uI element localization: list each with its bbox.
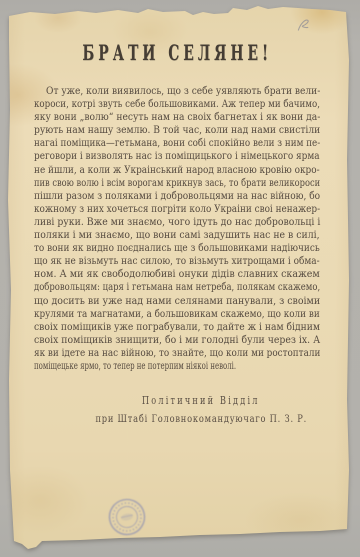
body-line: От уже, коли виявилось, що з себе уявляю… — [34, 85, 320, 98]
body-line: поляки і ми знаємо, що вони самі задушит… — [34, 229, 320, 242]
pencil-mark — [295, 15, 316, 37]
body-line: реговори і визволять нас із поміщицького… — [34, 150, 320, 163]
body-line: добровольцям: царя і гетьмана нам нетреб… — [34, 281, 320, 294]
body-line: що досить ви уже над нами селянами панув… — [34, 295, 320, 308]
scanner-background: БРАТИ СЕЛЯНЕ! От уже, коли виявилось, що… — [0, 0, 360, 557]
body-line: своіх поміщиків уже пограбували, то дайт… — [34, 321, 320, 334]
body-text: От уже, коли виявилось, що з себе уявляю… — [34, 85, 320, 373]
body-line: пішли разом з поляками і добровольцями н… — [34, 190, 320, 203]
body-line: рують нам нашу землю. В той час, коли на… — [34, 124, 320, 137]
body-line: поміщецьке ярмо, то тепер не потерпим ні… — [34, 360, 320, 373]
body-line: яку вони „волю“ несуть нам на своіх багн… — [34, 111, 320, 124]
signature-block: Політичний Відділ при Штабі Головнокоман… — [60, 394, 342, 425]
body-line: що як не візьмуть нас силою, то візьмуть… — [34, 255, 320, 268]
leaflet-title: БРАТИ СЕЛЯНЕ! — [34, 40, 320, 65]
body-line: ливі руки. Вже ми знаємо, чого ідуть до … — [34, 216, 320, 229]
body-line: кожному з них хочеться погріти коло Укра… — [34, 203, 320, 216]
signature-line-2: при Штабі Головнокомандуючаго П. З. Р. — [60, 413, 342, 425]
leaflet-paper-wrap: БРАТИ СЕЛЯНЕ! От уже, коли виявилось, що… — [0, 0, 360, 557]
body-line: то вони як видно поєднались ще з большов… — [34, 242, 320, 255]
body-line: пив свою волю і всім ворогам крикнув зас… — [34, 177, 320, 190]
ink-stamp-icon — [103, 493, 150, 540]
body-line: крулями та магнатами, а большовикам скаж… — [34, 308, 320, 321]
signature-line-1: Політичний Відділ — [60, 394, 342, 407]
body-line: нагаі поміщика—гетьмана, вони собі спокі… — [34, 137, 320, 150]
body-line: не йшли, а коли ж Украінський народ влас… — [34, 164, 320, 177]
leaflet-paper: БРАТИ СЕЛЯНЕ! От уже, коли виявилось, що… — [0, 0, 360, 557]
body-line: ном. А ми як свободолюбиві онуки дідів с… — [34, 268, 320, 281]
body-line: як ви ідете на нас війною, то знайте, що… — [34, 347, 320, 360]
body-line: своіх поміщиків знищити, бо і ми голодні… — [34, 334, 320, 347]
body-line: короси, котрі звуть себе большовиками. А… — [34, 98, 320, 111]
